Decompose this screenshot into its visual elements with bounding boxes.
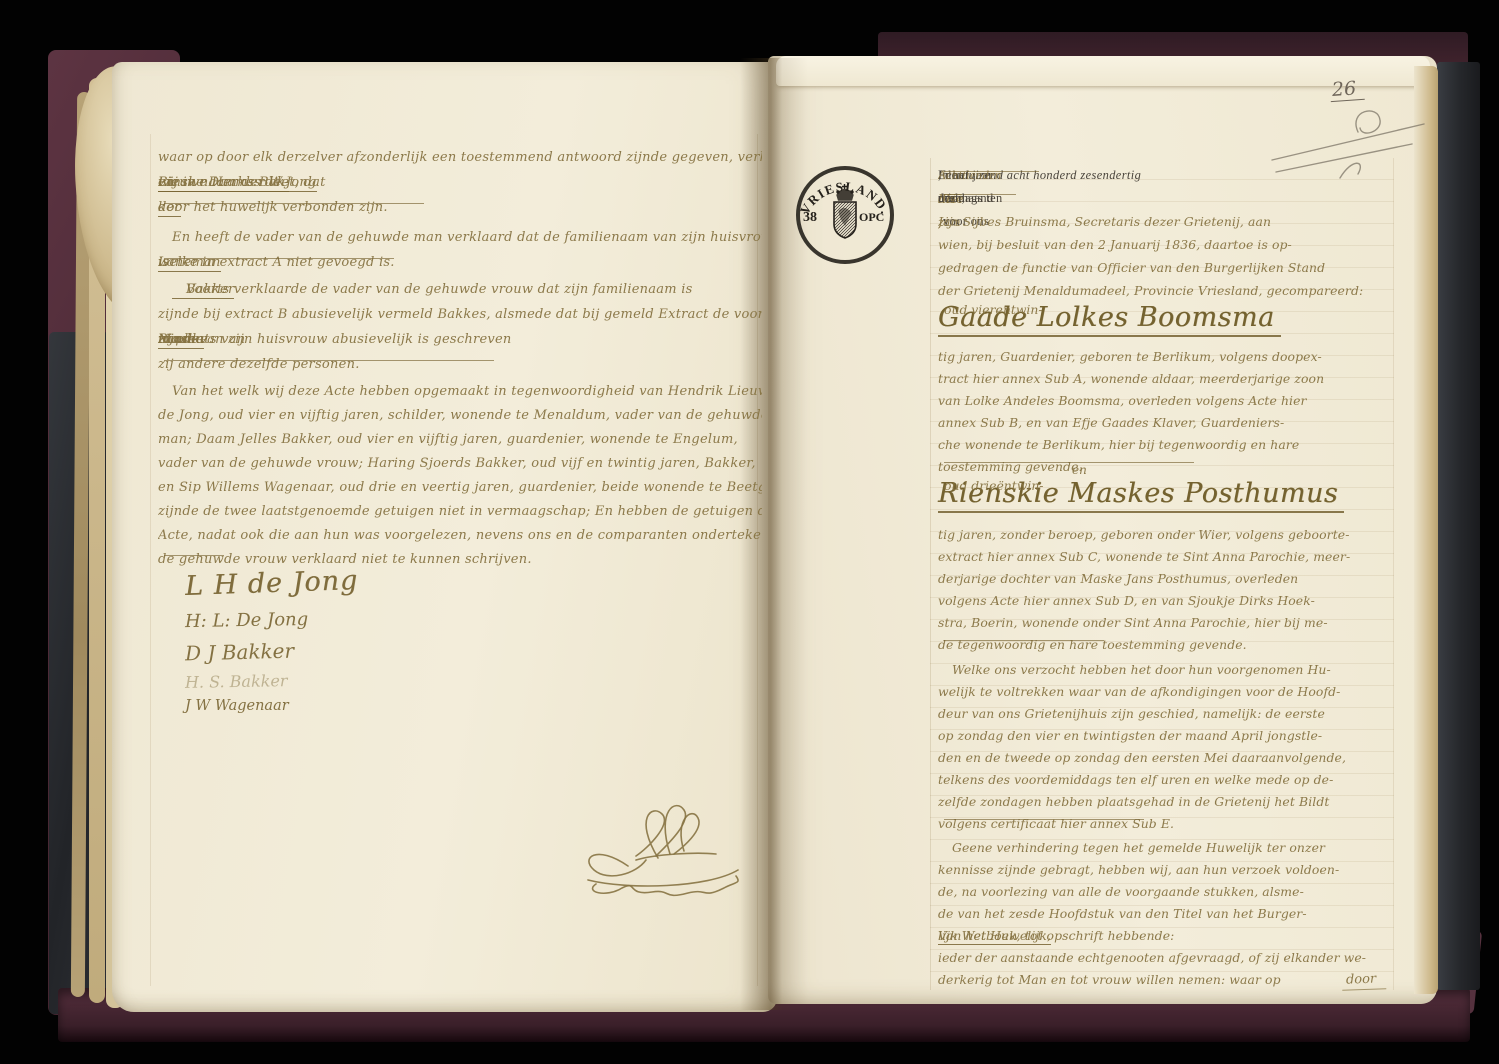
handwritten-line: wij in naam der Wet, dat Lieuwe Herkes d… [158,175,762,197]
conjunction-en: en [1072,463,1087,477]
signature: D J Bakker [185,639,295,666]
handwritten-line: en Sip Willems Wagenaar, oud drie en vee… [158,480,762,502]
blank-fill-rule [944,168,1039,172]
line-text: Voorts verklaarde de vader van de gehuwd… [172,282,693,297]
handwritten-line: de tegenwoordig en hare toestemming geve… [938,637,1392,657]
paragraph-fill-rule [944,459,1194,463]
chapter-title-van-het-huwelijk: Van het Huwelijk, [938,928,1051,945]
handwritten-line: extract hier annex Sub C, wonende te Sin… [938,549,1392,569]
handwritten-line: Acte, nadat ook die aan hun was voorgele… [158,528,762,550]
signature: J W Wagenaar [185,698,289,714]
officer-signature-flourish [566,796,762,904]
handwritten-line: Voorts verklaarde de vader van de gehuwd… [158,282,762,304]
signature: H. S. Bakker [185,671,288,692]
stamp-value-right: OPC [859,210,884,224]
handwritten-line: wien, bij besluit van den 2 Januarij 183… [938,237,1392,257]
handwritten-line: van Lolke Andeles Boomsma, overleden vol… [938,393,1392,413]
handwritten-line: tig jaren, Guardenier, geboren te Berlik… [938,349,1392,369]
right-page-deckle-edge [1414,66,1438,994]
handwritten-line: gedragen de functie van Officier van den… [938,260,1392,280]
handwritten-line: telkens des voordemiddags ten elf uren e… [938,772,1392,792]
handwritten-line: Geene verhindering tegen het gemelde Huw… [938,840,1392,860]
officer-name: Jan Sijbes Bruinsma, Secretaris dezer Gr… [938,214,1271,229]
handwritten-line: ker door het huwelijk verbonden zijn. [158,200,762,222]
paragraph-fill-rule [164,552,224,556]
handwritten-line: kennisse zijnde gebragt, hebben wij, aan… [938,862,1392,882]
stamp-value-left: 38 [803,210,817,225]
handwritten-line: de van het zesde Hoofdstuk van den Titel… [938,906,1392,926]
handwritten-line: de, na voorlezing van alle de voorgaande… [938,884,1392,904]
handwritten-line: che wonende te Berlikum, hier bij tegenw… [938,437,1392,457]
handwritten-line: zij andere dezelfde personen. [158,357,762,379]
handwritten-line: stra, Boerin, wonende onder Sint Anna Pa… [938,615,1392,635]
handwritten-line: tract hier annex Sub A, wonende aldaar, … [938,371,1392,391]
revenue-stamp: VRIESLAND. 38 OPC [791,161,899,269]
bride-age-suffix: oud drieëntwin- [944,478,1044,493]
handwritten-line: de Jong, oud vier en vijftig jaren, schi… [158,408,762,430]
signature: H: L: De Jong [185,609,309,632]
handwritten-line: welijk te voltrekken waar van de afkondi… [938,684,1392,704]
handwritten-line: derkerig tot Man en tot vrouw willen nem… [938,972,1358,992]
handwritten-line: annex Sub B, en van Efje Gaades Klaver, … [938,415,1392,435]
handwritten-line: toestemming gevende. [938,459,1392,479]
paragraph-fill-rule [164,200,424,204]
handwritten-line: zijnde de twee laatstgenoemde getuigen n… [158,504,762,526]
handwritten-line: waar op door elk derzelver afzonderlijk … [158,150,762,172]
handwritten-line: vader van de gehuwde vrouw; Haring Sjoer… [158,456,762,478]
handwritten-line: derjarige dochter van Maske Jans Posthum… [938,571,1392,591]
bride-name-prev-act: Rinske Daams Bak- [158,175,289,192]
handwritten-line: Welke ons verzocht hebben het door hun v… [938,662,1392,682]
paragraph-fill-rule [944,816,1144,820]
handwritten-line: zijn voor ons Jan Sijbes Bruinsma, Secre… [938,214,1392,234]
crown-shield-icon [834,184,856,238]
signature: L H de Jong [185,565,359,602]
printed-form-line: In het jaar Een duizend acht honderd zes… [938,168,1392,188]
book-cover-marbled-right [1437,62,1480,990]
page-number: 26 [1329,77,1365,102]
handwritten-line: deur van ons Grietenijhuis zijn geschied… [938,706,1392,726]
handwritten-line: ieder der aanstaande echtgenooten afgevr… [938,950,1392,970]
handwritten-line: is Laneman welke in extract A niet gevoe… [158,255,762,277]
line-text: zijnde [158,332,199,347]
handwritten-line: op zondag den vier en twintigsten der ma… [938,728,1392,748]
handwritten-line: Van het welk wij deze Acte hebben opgema… [158,384,762,406]
register-book-photo: VRIESLAND. 38 OPC 26 waar op door elk de… [0,0,1499,1064]
printed-text: uren, [938,191,965,206]
handwritten-line: volgens certificaat hier annex Sub E. [938,816,1392,836]
handwritten-line: zijnde bij extract B abusievelijk vermel… [158,307,762,329]
handwritten-line: man; Daam Jelles Bakker, oud vier en vij… [158,432,762,454]
handwritten-line: lijk Wetboek, tot opschrift hebbende: Va… [938,928,1392,948]
handwritten-line: volgens Acte hier annex Sub D, en van Sj… [938,593,1392,613]
surname-bakker: Bakker [172,282,234,299]
handwritten-line: der Grietenij Menaldumadeel, Provincie V… [938,283,1392,303]
paragraph-fill-rule [164,357,494,361]
paragraph-fill-rule [944,637,1104,641]
handwritten-line: En heeft de vader van de gehuwde man ver… [158,230,762,252]
printed-form-line: der maand Mei desna middags tendrie uren… [938,191,1392,211]
handwritten-line: naam van zijn huisvrouw abusievelijk is … [158,332,762,354]
paragraph-fill-rule [164,255,394,259]
handwritten-line: zelfde zondagen hebben plaatsgehad in de… [938,794,1392,814]
handwritten-line: tig jaren, zonder beroep, geboren onder … [938,527,1392,547]
catchword: door [1342,971,1387,991]
groom-age-suffix: oud vierentwin- [944,302,1043,317]
handwritten-line: den en de tweede op zondag den eersten M… [938,750,1392,770]
